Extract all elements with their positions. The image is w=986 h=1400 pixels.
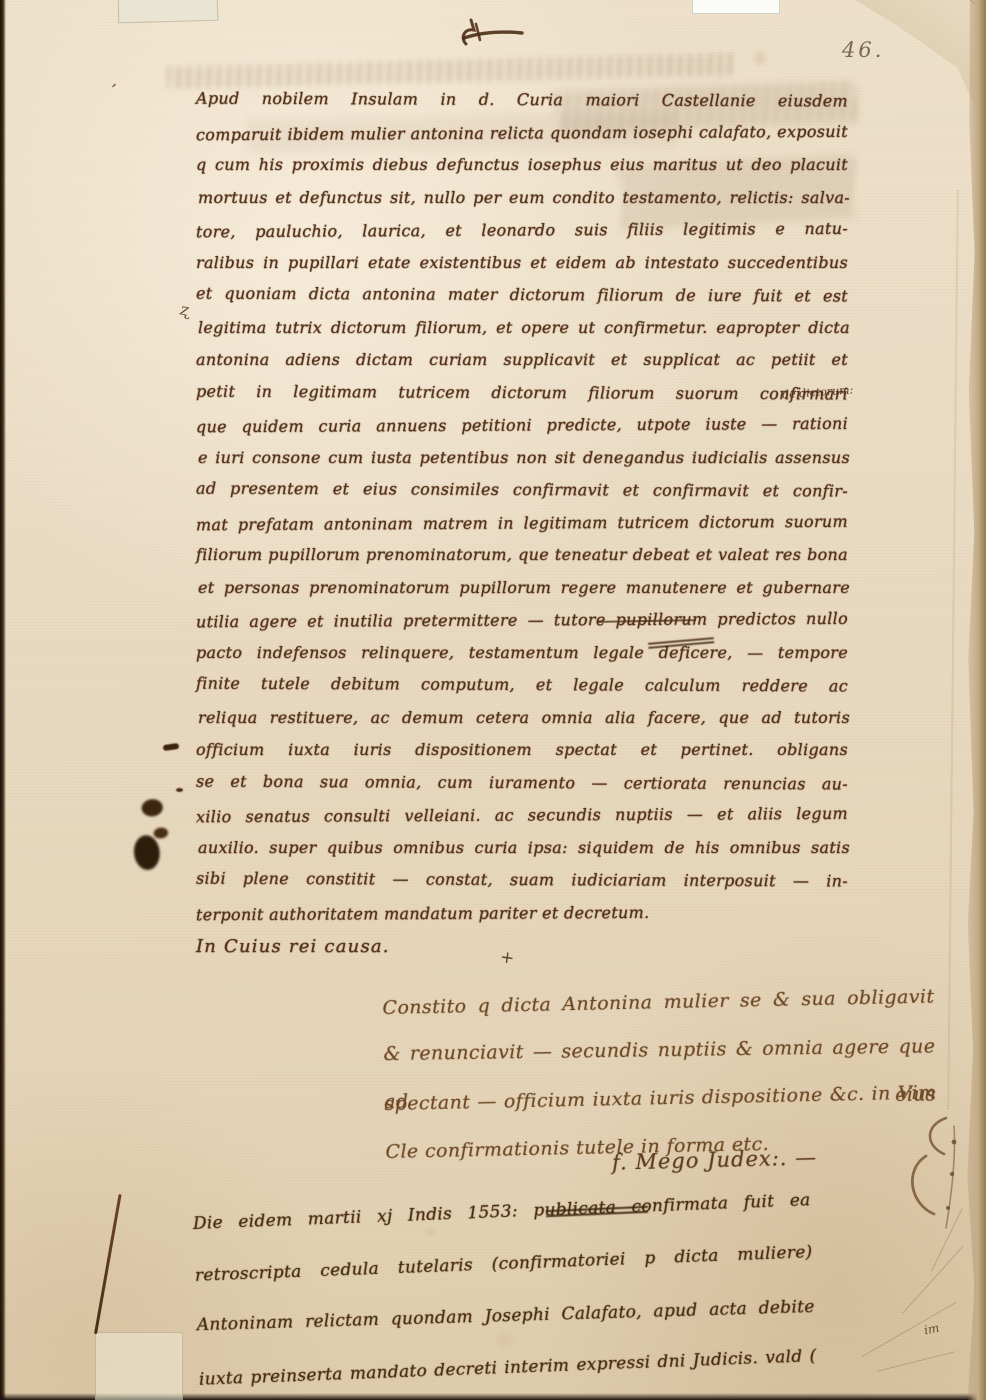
margin-comma-mark: ’ [107,80,118,100]
wrinkle-line [877,1351,955,1371]
text-line: que quidem curia annuens petitioni predi… [196,408,848,444]
text-line: utilia agere et inutilia pretermittere —… [196,603,848,639]
binding-edge-left [0,0,6,1400]
text-line: In Cuius rei causa. [196,929,848,964]
text-line: officium iuxta iuris dispositionem spect… [196,734,848,767]
text-line: antonina adiens dictam curiam supplicavi… [196,344,848,377]
torn-corner [826,0,986,130]
tape-repair-bottom-left [95,1332,183,1400]
text-line: q cum his proximis diebus defunctus iose… [196,149,848,182]
text-line: sibi plene constitit — constat, suam iud… [196,863,848,898]
text-line: ad presentem et eius consimiles confirma… [196,473,848,508]
text-line: filiorum pupillorum prenominatorum, que … [196,539,848,572]
text-line: finite tutele debitum computum, et legal… [196,668,848,703]
text-line: se et bona sua omnia, cum iuramento — ce… [196,765,848,800]
text-line: et personas prenominatorum pupillorum re… [198,572,850,605]
text-line: pacto indefensos relinquere, testamentum… [196,637,848,670]
margin-slash-mark [94,1194,122,1334]
vertical-crease [947,190,959,1110]
text-line: xilio senatus consulti velleiani. ac sec… [196,798,848,834]
section-cross-icon: + [499,947,516,969]
text-line: reliqua restituere, ac demum cetera omni… [198,702,850,735]
text-line: & renunciavit — secundis nuptiis & omnia… [383,1022,936,1078]
wrinkle-line [861,1302,957,1358]
text-line: tore, pauluchio, laurica, et leonardo su… [196,213,848,249]
page-number: 46. [842,38,884,62]
text-line: legitima tutrix dictorum filiorum, et op… [198,312,850,345]
text-line: Apud nobilem Insulam in d. Curia maiori … [196,83,848,118]
text-line: auxilio. super quibus omnibus curia ipsa… [198,832,850,865]
corner-note: im [923,1321,941,1338]
judge-signature: f. Mego Judex:. — [612,1145,818,1174]
text-line: mortuus et defunctus sit, nullo per eum … [198,182,850,215]
text-line: comparuit ibidem mulier antonina relicta… [196,115,848,151]
ink-blot [115,791,189,897]
text-line: ralibus in pupillari etate existentibus … [196,247,848,280]
edge-flourish-icon [902,1112,966,1252]
text-line: terponit authoritatem mandatum pariter e… [196,895,848,931]
text-line: et quoniam dicta antonina mater dictorum… [196,278,848,313]
tape-repair-top-left [118,0,219,23]
margin-comma-mark: ʐ [178,299,191,319]
invocation-cross-icon [458,14,530,54]
ink-speck [176,788,183,792]
tape-repair-top-right [692,0,780,14]
main-act-text: Apud nobilem Insulam in d. Curia maiori … [196,84,848,964]
text-line: e iuri consone cum iusta petentibus non … [198,442,850,475]
manuscript-page: 46. ’ ʐ Apud nobilem Insulam in d. Curia… [0,0,986,1400]
decree-text: Constito q dicta Antonina mulier se & su… [382,972,938,1176]
margin-dash-mark [163,743,180,751]
text-line: mat prefatam antoninam matrem in legitim… [196,505,848,541]
registration-text: Die eidem martii xj Indis 1553: publicat… [192,1174,818,1400]
text-line: petit in legitimam tutricem dictorum fil… [196,375,848,410]
